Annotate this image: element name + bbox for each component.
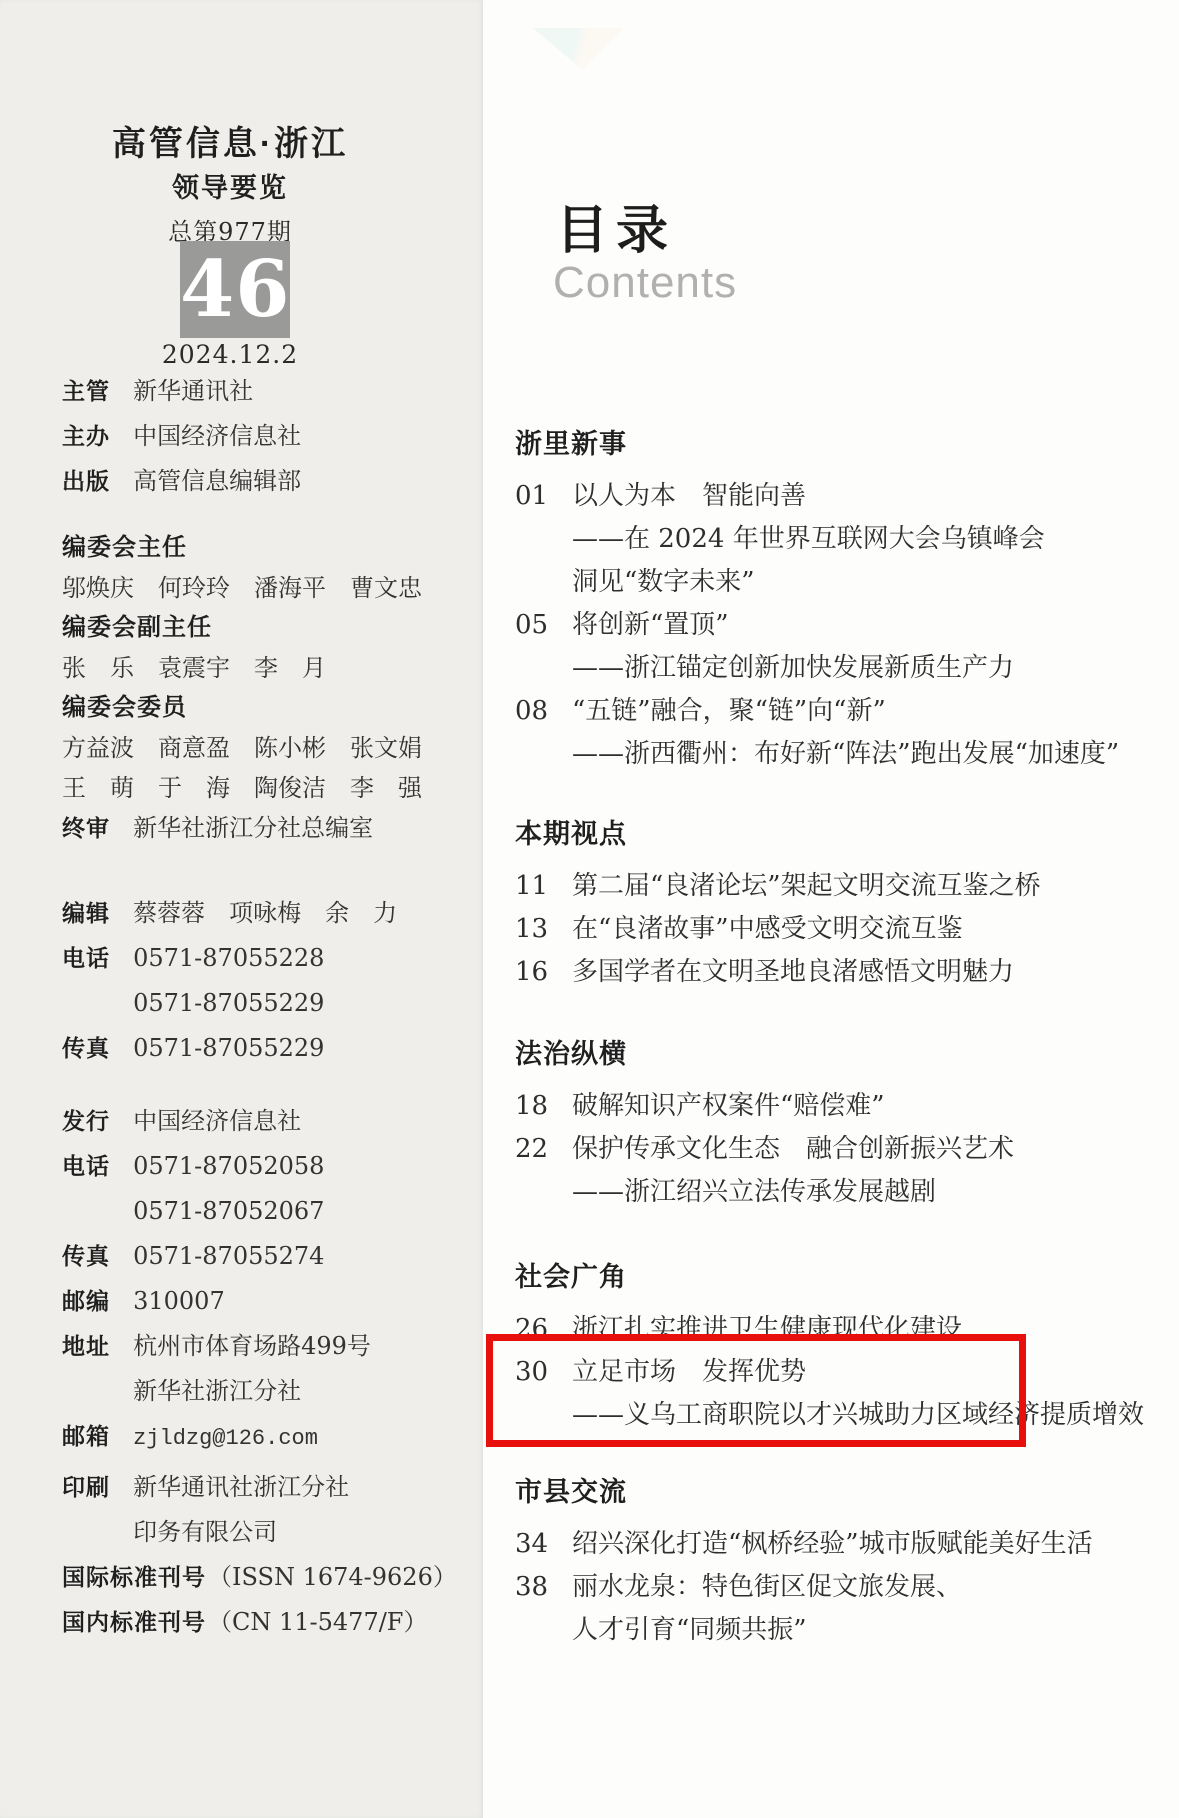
toc-section-zhelixinshi: 浙里新事 01 以人为本 智能向善 ——在 2024 年世界互联网大会乌镇峰会 … (515, 422, 1175, 776)
distribution-phone2: 0571-87052067 (133, 1197, 324, 1225)
cn-row: 国内标准刊号（CN 11-5477/F） (62, 1601, 462, 1646)
distribution-fax-row: 传真 0571-87055274 (62, 1235, 462, 1280)
organizer-label: 主办 (62, 415, 128, 458)
page-number: 11 (515, 865, 572, 908)
section-title: 市县交流 (515, 1470, 1175, 1509)
committee-members-line2: 王 萌 于 海 陶俊洁 李 强 (62, 768, 462, 808)
item-subtitle-line: ——义乌工商职院以才兴城助力区域经济提质增效 (572, 1394, 1144, 1437)
page-number: 13 (515, 908, 572, 951)
address-line2: 新华社浙江分社 (133, 1377, 301, 1405)
distribution-label: 发行 (62, 1100, 128, 1142)
address2-row: 新华社浙江分社 (62, 1370, 462, 1415)
item-title-line: 丽水龙泉：特色街区促文旅发展、 (572, 1566, 962, 1609)
publication-subtitle: 领导要览 (0, 166, 460, 205)
committee-group: 编委会主任 邬焕庆 何玲玲 潘海平 曹文忠 编委会副主任 张 乐 袁震宇 李 月… (62, 528, 462, 851)
address-row: 地址 杭州市体育场路499号 (62, 1325, 462, 1370)
address-line1: 杭州市体育场路499号 (133, 1332, 371, 1360)
printing-label: 印刷 (62, 1466, 128, 1509)
item-title-line: 将创新“置顶” (572, 604, 1014, 647)
committee-members-heading: 编委会委员 (62, 688, 462, 728)
page-number: 08 (515, 690, 572, 776)
toc-item-13: 13 在“良渚故事”中感受文明交流互鉴 (515, 908, 1175, 951)
editorial-phone1: 0571-87055228 (133, 944, 324, 972)
printing-line1: 新华通讯社浙江分社 (133, 1473, 349, 1501)
item-subtitle-line: ——浙江锚定创新加快发展新质生产力 (572, 647, 1014, 690)
page-number: 34 (515, 1523, 572, 1566)
committee-chairs: 邬焕庆 何玲玲 潘海平 曹文忠 (62, 568, 462, 608)
magazine-contents-page: 高管信息·浙江 领导要览 总第977期 46 2024.12.2 主管 新华通讯… (0, 0, 1179, 1818)
organizer-row: 主办 中国经济信息社 (62, 415, 462, 460)
publisher-value: 高管信息编辑部 (133, 467, 301, 495)
issn-value: （ISSN 1674-9626） (208, 1563, 457, 1591)
distribution-phone1: 0571-87052058 (133, 1152, 324, 1180)
email-row: 邮箱 zjldzg@126.com (62, 1415, 462, 1460)
section-title: 社会广角 (515, 1255, 1175, 1294)
email-label: 邮箱 (62, 1415, 128, 1457)
issue-number-badge: 46 (180, 241, 290, 338)
item-title-line: 破解知识产权案件“赔偿难” (572, 1085, 885, 1128)
printing-row: 印刷 新华通讯社浙江分社 (62, 1466, 462, 1511)
supervisor-row: 主管 新华通讯社 (62, 370, 462, 415)
page-number: 16 (515, 951, 572, 994)
committee-vice-heading: 编委会副主任 (62, 608, 462, 648)
page-number: 30 (515, 1351, 572, 1437)
address-label: 地址 (62, 1325, 128, 1367)
editorial-fax-row: 传真 0571-87055229 (62, 1027, 462, 1072)
issue-date: 2024.12.2 (0, 340, 460, 369)
toc-item-16: 16 多国学者在文明圣地良渚感悟文明魅力 (515, 951, 1175, 994)
toc-item-22: 22 保护传承文化生态 融合创新振兴艺术 ——浙江绍兴立法传承发展越剧 (515, 1128, 1175, 1214)
editors-value: 蔡蓉蓉 项咏梅 余 力 (133, 899, 397, 927)
postcode-label: 邮编 (62, 1280, 128, 1322)
supervisor-label: 主管 (62, 370, 128, 413)
section-title: 本期视点 (515, 812, 1175, 851)
page-number: 22 (515, 1128, 572, 1214)
masthead-info-group: 主管 新华通讯社 主办 中国经济信息社 出版 高管信息编辑部 (62, 370, 462, 505)
editorial-fax: 0571-87055229 (133, 1034, 324, 1062)
final-review-row: 终审 新华社浙江分社总编室 (62, 808, 462, 851)
committee-vices: 张 乐 袁震宇 李 月 (62, 648, 462, 688)
publisher-row: 出版 高管信息编辑部 (62, 460, 462, 505)
toc-item-05: 05 将创新“置顶” ——浙江锚定创新加快发展新质生产力 (515, 604, 1175, 690)
toc-item-11: 11 第二届“良渚论坛”架起文明交流互鉴之桥 (515, 865, 1175, 908)
item-subtitle-line: 洞见“数字未来” (572, 561, 1045, 604)
toc-item-34: 34 绍兴深化打造“枫桥经验”城市版赋能美好生活 (515, 1523, 1175, 1566)
faint-watermark (533, 28, 623, 70)
toc-title-en: Contents (553, 258, 737, 308)
toc-section-shehuiguangjiao: 社会广角 26 浙江扎实推进卫生健康现代化建设 30 立足市场 发挥优势 ——义… (515, 1255, 1175, 1437)
postcode-value: 310007 (133, 1287, 225, 1315)
item-subtitle-line: 人才引育“同频共振” (572, 1609, 962, 1652)
toc-item-01: 01 以人为本 智能向善 ——在 2024 年世界互联网大会乌镇峰会 洞见“数字… (515, 475, 1175, 604)
email-value: zjldzg@126.com (133, 1426, 318, 1451)
editors-label: 编辑 (62, 892, 128, 935)
publisher-label: 出版 (62, 460, 128, 503)
postcode-row: 邮编 310007 (62, 1280, 462, 1325)
toc-item-18: 18 破解知识产权案件“赔偿难” (515, 1085, 1175, 1128)
committee-chair-heading: 编委会主任 (62, 528, 462, 568)
toc-item-30-highlighted: 30 立足市场 发挥优势 ——义乌工商职院以才兴城助力区域经济提质增效 (515, 1351, 1175, 1437)
item-title-line: 以人为本 智能向善 (572, 475, 1045, 518)
editorial-group: 编辑 蔡蓉蓉 项咏梅 余 力 电话 0571-87055228 0571-870… (62, 892, 462, 1072)
toc-section-fazhizongheng: 法治纵横 18 破解知识产权案件“赔偿难” 22 保护传承文化生态 融合创新振兴… (515, 1032, 1175, 1214)
item-title-line: 立足市场 发挥优势 (572, 1351, 1144, 1394)
distribution-phone2-row: 0571-87052067 (62, 1190, 462, 1235)
distribution-fax: 0571-87055274 (133, 1242, 324, 1270)
page-number: 38 (515, 1566, 572, 1652)
printing-line2: 印务有限公司 (133, 1518, 277, 1546)
item-title-line: 保护传承文化生态 融合创新振兴艺术 (572, 1128, 1014, 1171)
item-subtitle-line: ——浙西衢州：布好新“阵法”跑出发展“加速度” (572, 733, 1119, 776)
cn-label: 国内标准刊号 (62, 1601, 206, 1644)
final-review-value: 新华社浙江分社总编室 (133, 814, 373, 842)
page-number: 18 (515, 1085, 572, 1128)
item-title-line: 浙江扎实推进卫生健康现代化建设 (572, 1308, 962, 1351)
page-number: 05 (515, 604, 572, 690)
distribution-value: 中国经济信息社 (133, 1107, 301, 1135)
editorial-phone2-row: 0571-87055229 (62, 982, 462, 1027)
supervisor-value: 新华通讯社 (133, 377, 253, 405)
editorial-phone2: 0571-87055229 (133, 989, 324, 1017)
issn-label: 国际标准刊号 (62, 1556, 206, 1599)
item-title-line: 绍兴深化打造“枫桥经验”城市版赋能美好生活 (572, 1523, 1093, 1566)
masthead-column: 高管信息·浙江 领导要览 总第977期 46 2024.12.2 主管 新华通讯… (0, 0, 483, 1818)
item-subtitle-line: ——浙江绍兴立法传承发展越剧 (572, 1171, 1014, 1214)
item-title-line: 在“良渚故事”中感受文明交流互鉴 (572, 908, 963, 951)
distribution-fax-label: 传真 (62, 1235, 128, 1277)
section-title: 法治纵横 (515, 1032, 1175, 1071)
distribution-phone-label: 电话 (62, 1145, 128, 1187)
item-title-line: 多国学者在文明圣地良渚感悟文明魅力 (572, 951, 1014, 994)
editors-row: 编辑 蔡蓉蓉 项咏梅 余 力 (62, 892, 462, 937)
committee-members-line1: 方益波 商意盈 陈小彬 张文娟 (62, 728, 462, 768)
editorial-fax-label: 传真 (62, 1027, 128, 1070)
toc-item-26: 26 浙江扎实推进卫生健康现代化建设 (515, 1308, 1175, 1351)
distribution-row: 发行 中国经济信息社 (62, 1100, 462, 1145)
distribution-phone-row: 电话 0571-87052058 (62, 1145, 462, 1190)
printing-group: 印刷 新华通讯社浙江分社 印务有限公司 国际标准刊号（ISSN 1674-962… (62, 1466, 462, 1646)
editorial-phone-label: 电话 (62, 937, 128, 980)
distribution-group: 发行 中国经济信息社 电话 0571-87052058 0571-8705206… (62, 1100, 462, 1460)
organizer-value: 中国经济信息社 (133, 422, 301, 450)
item-title-line: 第二届“良渚论坛”架起文明交流互鉴之桥 (572, 865, 1041, 908)
section-title: 浙里新事 (515, 422, 1175, 461)
page-number: 26 (515, 1308, 572, 1351)
contents-column: 目录 Contents 浙里新事 01 以人为本 智能向善 ——在 2024 年… (483, 0, 1179, 1818)
toc-item-38: 38 丽水龙泉：特色街区促文旅发展、 人才引育“同频共振” (515, 1566, 1175, 1652)
final-review-label: 终审 (62, 808, 128, 848)
toc-item-08: 08 “五链”融合，聚“链”向“新” ——浙西衢州：布好新“阵法”跑出发展“加速… (515, 690, 1175, 776)
toc-section-shixianjiaoliu: 市县交流 34 绍兴深化打造“枫桥经验”城市版赋能美好生活 38 丽水龙泉：特色… (515, 1470, 1175, 1652)
page-number: 01 (515, 475, 572, 604)
printing2-row: 印务有限公司 (62, 1511, 462, 1556)
item-subtitle-line: ——在 2024 年世界互联网大会乌镇峰会 (572, 518, 1045, 561)
toc-title-cn: 目录 (556, 188, 676, 263)
cn-value: （CN 11-5477/F） (208, 1608, 427, 1636)
editorial-phone-row: 电话 0571-87055228 (62, 937, 462, 982)
item-title-line: “五链”融合，聚“链”向“新” (572, 690, 1119, 733)
issn-row: 国际标准刊号（ISSN 1674-9626） (62, 1556, 462, 1601)
toc-section-benqishidian: 本期视点 11 第二届“良渚论坛”架起文明交流互鉴之桥 13 在“良渚故事”中感… (515, 812, 1175, 994)
publication-title: 高管信息·浙江 (0, 116, 460, 165)
